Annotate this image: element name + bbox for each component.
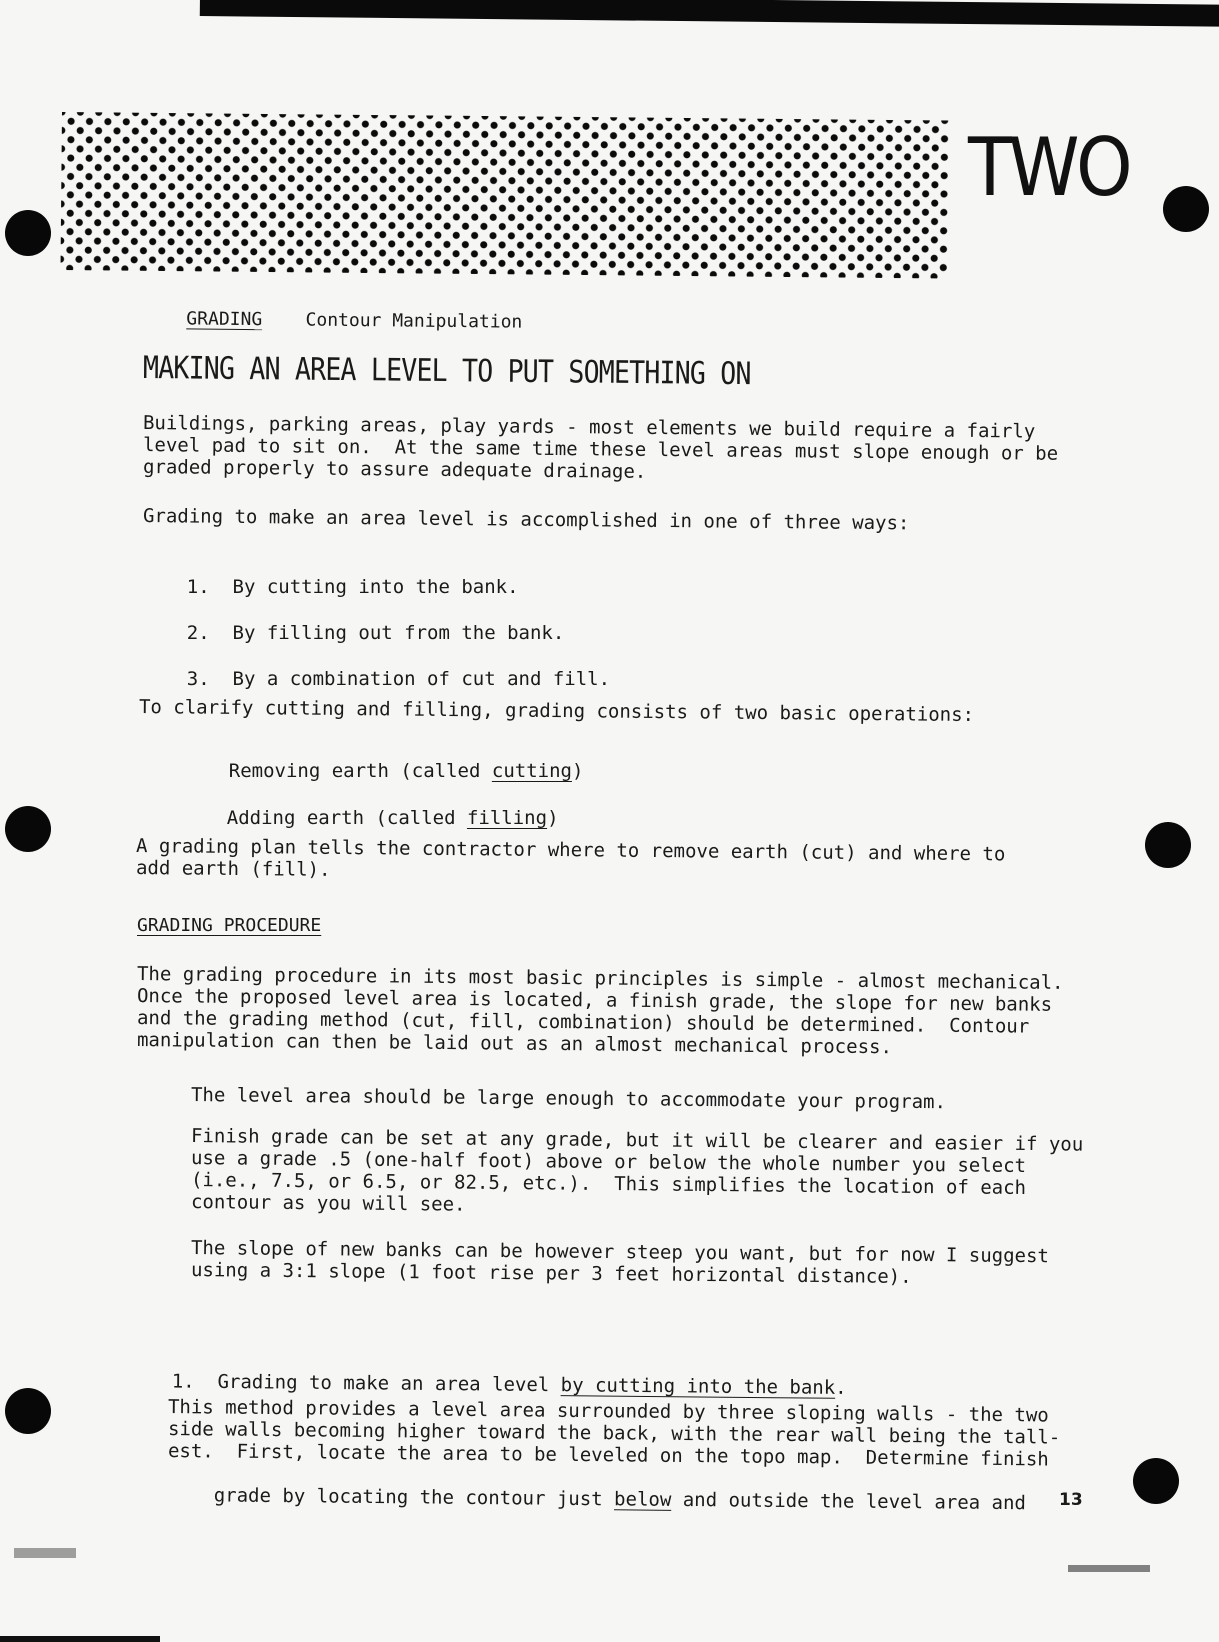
scan-artifact: [14, 1548, 76, 1558]
halftone-chapter-banner: [60, 112, 949, 279]
punch-hole-icon: [5, 806, 51, 852]
page-title: MAKING AN AREA LEVEL TO PUT SOMETHING ON: [143, 350, 751, 392]
scan-artifact: [1068, 1565, 1150, 1572]
term-cutting: cutting: [492, 760, 572, 782]
punch-hole-icon: [1145, 822, 1191, 868]
page-number: 13: [1059, 1490, 1083, 1510]
punch-hole-icon: [5, 1388, 51, 1434]
scan-edge-shadow-bottom: [0, 1636, 160, 1642]
scan-edge-shadow: [200, 0, 1219, 27]
subsection-label: Contour Manipulation: [305, 310, 522, 333]
level-area-note: The level area should be large enough to…: [191, 1084, 946, 1113]
list-number: 3.: [187, 668, 210, 690]
ways-intro: Grading to make an area level is accompl…: [143, 505, 910, 534]
chapter-number: TWO: [968, 128, 1129, 208]
plan-note-line: add earth (fill).: [136, 857, 331, 881]
list-text: By a combination of cut and fill.: [233, 668, 611, 690]
punch-hole-icon: [1163, 186, 1209, 232]
list-number: 2.: [187, 622, 210, 644]
list-number: 1.: [187, 576, 210, 598]
procedure-heading: GRADING PROCEDURE: [137, 915, 321, 936]
method-number: 1.: [172, 1370, 195, 1392]
term-filling: filling: [467, 807, 547, 829]
section-header: GRADING Contour Manipulation: [143, 287, 523, 354]
operations-intro: To clarify cutting and filling, grading …: [139, 696, 974, 726]
list-text: By cutting into the bank.: [233, 576, 519, 598]
method-term: by cutting into the bank: [561, 1374, 836, 1399]
term-below: below: [614, 1488, 671, 1511]
finish-grade-line: contour as you will see.: [191, 1191, 466, 1216]
intro-line: graded properly to assure adequate drain…: [143, 456, 647, 483]
punch-hole-icon: [5, 210, 51, 256]
list-text: By filling out from the bank.: [233, 622, 565, 644]
section-label: GRADING: [186, 308, 262, 330]
punch-hole-icon: [1133, 1458, 1179, 1504]
method-body-line: grade by locating the contour just below…: [168, 1462, 1027, 1536]
